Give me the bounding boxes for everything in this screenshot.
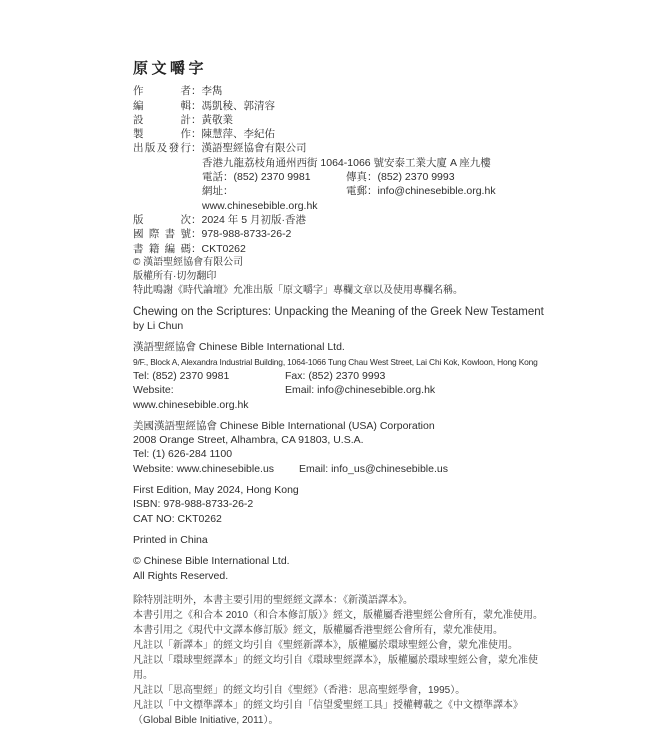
publisher-address: 香港九龍荔枝角通州西街 1064-1066 號安泰工業大廈 A 座九樓	[202, 156, 545, 170]
credit-row-production: 製作：陳慧萍、李紀佑	[133, 127, 545, 141]
publisher-web-email-row: 網址：www.chinesebible.org.hk 電郵：info@chine…	[202, 184, 545, 213]
colon: ：	[191, 114, 202, 126]
byline: by Li Chun	[133, 319, 545, 333]
credit-value: 漢語聖經協會有限公司	[202, 142, 307, 154]
acknowledgement-line: 特此鳴謝《時代論壇》允准出版「原文嚼字」專欄文章以及使用專欄名稱。	[133, 284, 545, 298]
copyright-line: © 漢語聖經協會有限公司	[133, 256, 545, 270]
publisher-website: 網址：www.chinesebible.org.hk	[202, 184, 346, 213]
credit-row-isbn: 國際書號：978-988-8733-26-2	[133, 227, 545, 241]
hk-web-email-row: Website: www.chinesebible.org.hk Email: …	[133, 383, 545, 412]
hk-fax: Fax: (852) 2370 9993	[285, 369, 385, 383]
us-web-email-row: Website: www.chinesebible.us Email: info…	[133, 462, 545, 476]
credit-value: 陳慧萍、李紀佑	[202, 128, 276, 140]
permission-line: 凡註以「中文標準譯本」的經文均引自「信望愛聖經工具」授權轉載之《中文標準譯本》（…	[133, 698, 545, 728]
colon: ：	[191, 85, 202, 97]
book-title-english: Chewing on the Scriptures: Unpacking the…	[133, 305, 545, 319]
hk-email: Email: info@chinesebible.org.hk	[285, 383, 435, 412]
hk-office-block: 漢語聖經協會 Chinese Bible International Ltd. …	[133, 340, 545, 411]
us-website: Website: www.chinesebible.us	[133, 462, 299, 476]
credit-value: 李雋	[202, 85, 223, 97]
credit-row-author: 作者：李雋	[133, 84, 545, 98]
chinese-copyright-block: © 漢語聖經協會有限公司 版權所有·切勿翻印 特此鳴謝《時代論壇》允准出版「原文…	[133, 256, 545, 299]
hk-office-name: 漢語聖經協會 Chinese Bible International Ltd.	[133, 340, 545, 354]
hk-website: Website: www.chinesebible.org.hk	[133, 383, 285, 412]
credit-row-publisher: 出版及發行：漢語聖經協會有限公司	[133, 141, 545, 155]
english-title-block: Chewing on the Scriptures: Unpacking the…	[133, 305, 545, 334]
english-copyright-block: © Chinese Bible International Ltd. All R…	[133, 554, 545, 583]
us-email: Email: info_us@chinesebible.us	[299, 462, 448, 476]
edition-block: First Edition, May 2024, Hong Kong ISBN:…	[133, 483, 545, 526]
credit-row-catalog: 書籍編碼：CKT0262	[133, 242, 545, 256]
hk-tel-fax-row: Tel: (852) 2370 9981 Fax: (852) 2370 999…	[133, 369, 545, 383]
credit-value: 黃敬業	[202, 114, 234, 126]
publisher-phone: 電話：(852) 2370 9981	[202, 170, 346, 184]
credit-value: 978-988-8733-26-2	[202, 228, 292, 240]
all-rights-line: 版權所有·切勿翻印	[133, 270, 545, 284]
credit-label: 編輯	[133, 99, 191, 113]
us-office-address: 2008 Orange Street, Alhambra, CA 91803, …	[133, 433, 545, 447]
hk-tel: Tel: (852) 2370 9981	[133, 369, 285, 383]
permission-line: 本書引用之《現代中文譯本修訂版》經文，版權屬香港聖經公會所有，蒙允准使用。	[133, 623, 545, 638]
permission-line: 凡註以「新譯本」的經文均引自《聖經新譯本》，版權屬於環球聖經公會，蒙允准使用。	[133, 638, 545, 653]
credit-label: 國際書號	[133, 227, 191, 241]
permission-line: 凡註以「環球聖經譯本」的經文均引自《環球聖經譯本》，版權屬於環球聖經公會，蒙允准…	[133, 653, 545, 683]
scripture-permissions-block: 除特別註明外，本書主要引用的聖經經文譯本：《新漢語譯本》。 本書引用之《和合本 …	[133, 593, 545, 728]
colon: ：	[191, 100, 202, 112]
credits-block: 作者：李雋 編輯：馮凱稜、郭清容 設計：黃敬業 製作：陳慧萍、李紀佑 出版及發行…	[133, 84, 545, 256]
credit-value: 2024 年 5 月初版·香港	[202, 214, 306, 226]
permission-line: 本書引用之《和合本 2010（和合本修訂版）》經文，版權屬香港聖經公會所有，蒙允…	[133, 608, 545, 623]
us-tel: Tel: (1) 626-284 1100	[133, 447, 545, 461]
credit-value: CKT0262	[202, 243, 246, 255]
colon: ：	[191, 142, 202, 154]
colon: ：	[191, 243, 202, 255]
colophon-page: 原文嚼字 作者：李雋 編輯：馮凱稜、郭清容 設計：黃敬業 製作：陳慧萍、李紀佑 …	[0, 0, 545, 728]
all-rights-line-en: All Rights Reserved.	[133, 569, 545, 583]
edition-line: First Edition, May 2024, Hong Kong	[133, 483, 545, 497]
credit-label: 版次	[133, 213, 191, 227]
us-office-name: 美國漢語聖經協會 Chinese Bible International (US…	[133, 419, 545, 433]
credit-row-edition: 版次：2024 年 5 月初版·香港	[133, 213, 545, 227]
copyright-line-en: © Chinese Bible International Ltd.	[133, 554, 545, 568]
book-title-chinese: 原文嚼字	[133, 62, 545, 76]
publisher-email: 電郵：info@chinesebible.org.hk	[346, 184, 496, 213]
credit-label: 設計	[133, 113, 191, 127]
credit-label: 製作	[133, 127, 191, 141]
credit-label: 作者	[133, 84, 191, 98]
credit-label: 出版及發行	[133, 141, 191, 155]
cat-no-line: CAT NO: CKT0262	[133, 512, 545, 526]
isbn-line: ISBN: 978-988-8733-26-2	[133, 497, 545, 511]
colon: ：	[191, 128, 202, 140]
us-office-block: 美國漢語聖經協會 Chinese Bible International (US…	[133, 419, 545, 476]
publisher-fax: 傳真：(852) 2370 9993	[346, 170, 455, 184]
credit-row-editor: 編輯：馮凱稜、郭清容	[133, 99, 545, 113]
printed-in-line: Printed in China	[133, 533, 545, 547]
colon: ：	[191, 214, 202, 226]
credit-label: 書籍編碼	[133, 242, 191, 256]
permission-line: 除特別註明外，本書主要引用的聖經經文譯本：《新漢語譯本》。	[133, 593, 545, 608]
hk-office-address: 9/F., Block A, Alexandra Industrial Buil…	[133, 355, 545, 369]
credit-row-designer: 設計：黃敬業	[133, 113, 545, 127]
permission-line: 凡註以「思高聖經」的經文均引自《聖經》（香港：思高聖經學會，1995）。	[133, 683, 545, 698]
publisher-phone-fax-row: 電話：(852) 2370 9981 傳真：(852) 2370 9993	[202, 170, 545, 184]
colon: ：	[191, 228, 202, 240]
credit-value: 馮凱稜、郭清容	[202, 100, 276, 112]
